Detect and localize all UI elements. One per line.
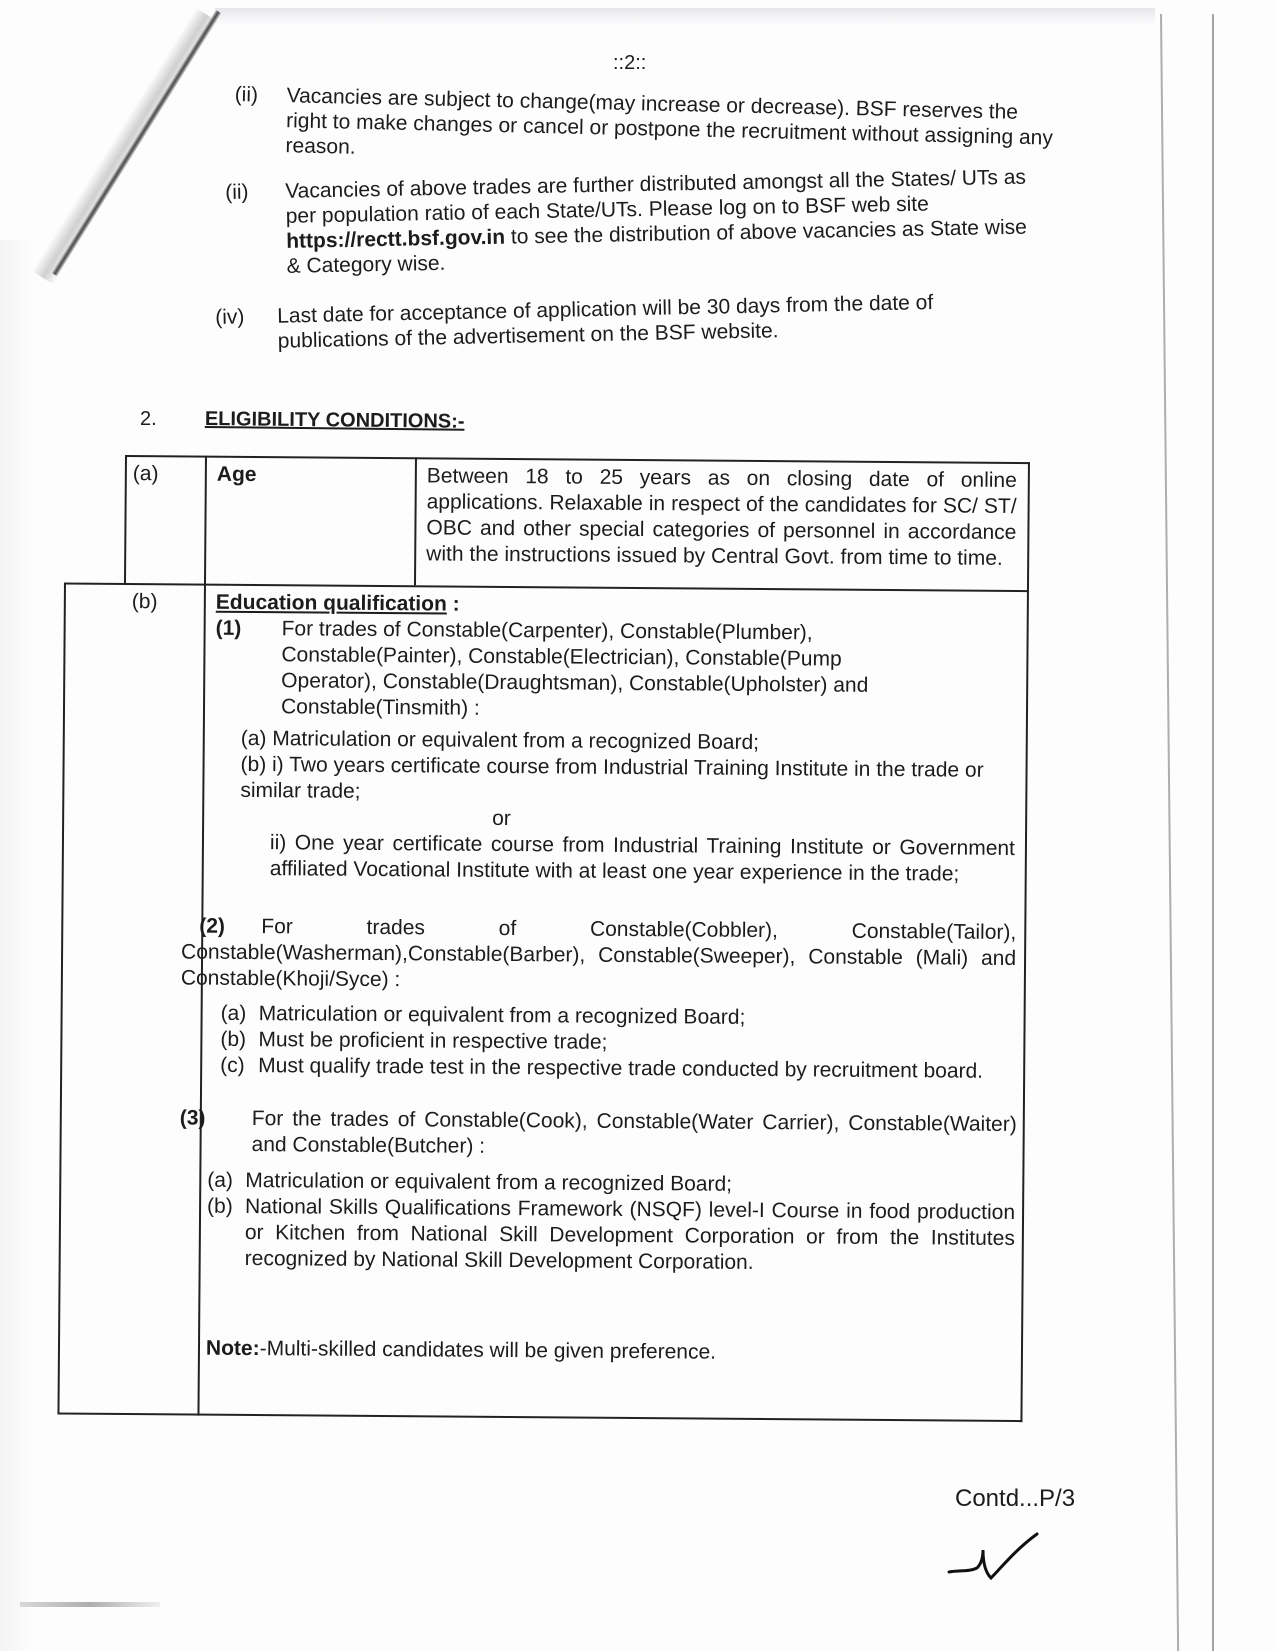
note-text: -Multi-skilled candidates will be given … xyxy=(260,1337,717,1364)
age-field-label: Age xyxy=(217,462,257,488)
note-label: Note: xyxy=(206,1337,260,1360)
condition-item: (a) Matriculation or equivalent from a r… xyxy=(221,1001,1021,1007)
condition-label: (c) xyxy=(220,1053,245,1079)
trade-group-1: (1) For trades of Constable(Carpenter), … xyxy=(216,616,1016,622)
table-row-divider xyxy=(64,583,1029,593)
folded-corner-edge xyxy=(52,10,221,276)
table-note: Note:-Multi-skilled candidates will be g… xyxy=(206,1336,1006,1368)
continuation-marker: Contd...P/3 xyxy=(955,1485,1075,1513)
or-separator: or xyxy=(492,806,511,832)
education-heading-colon: : xyxy=(447,593,460,616)
section-heading: 2. ELIGIBILITY CONDITIONS:- xyxy=(140,408,157,431)
condition-item: (a) Matriculation or equivalent from a r… xyxy=(207,1168,1017,1174)
item-number: (ii) xyxy=(234,82,258,108)
item-text: Last date for acceptance of application … xyxy=(277,288,1018,353)
note-item: (iv) Last date for acceptance of applica… xyxy=(215,288,1035,305)
scan-right-edge-line xyxy=(1212,14,1214,1651)
table-border-left xyxy=(124,455,127,583)
condition-item: (b) i) Two years certificate course from… xyxy=(240,752,1020,810)
condition-label: (b) xyxy=(220,1027,246,1053)
item-text: Vacancies of above trades are further di… xyxy=(285,164,1047,279)
scan-left-margin xyxy=(0,240,28,1651)
table-border-top xyxy=(125,455,1030,464)
age-requirement: Between 18 to 25 years as on closing dat… xyxy=(426,463,1017,572)
page-number: ::2:: xyxy=(613,50,646,76)
item-number: (ii) xyxy=(225,180,249,205)
table-border-bottom xyxy=(57,1412,1022,1422)
row-label: (b) xyxy=(132,589,158,615)
scan-right-edge-line xyxy=(1160,14,1179,1651)
scan-bottom-smudge xyxy=(20,1602,160,1607)
signature-mark xyxy=(945,1528,1045,1584)
condition-label: (a) xyxy=(207,1168,233,1194)
trade-group-3: (3) For the trades of Constable(Cook), C… xyxy=(180,1105,1020,1112)
note-item: (ii) Vacancies are subject to change(may… xyxy=(235,82,1065,101)
group-trades: For trades of Constable(Cobbler), Consta… xyxy=(181,913,1017,998)
condition-text: Must qualify trade test in the respectiv… xyxy=(258,1053,1018,1085)
group-number: (3) xyxy=(180,1105,206,1131)
bsf-website-link[interactable]: https://rectt.bsf.gov.in xyxy=(286,226,505,253)
group-trades: For the trades of Constable(Cook), Const… xyxy=(251,1106,1016,1164)
education-heading: Education qualification : xyxy=(216,590,460,618)
note-item: (ii) Vacancies of above trades are furth… xyxy=(225,164,1055,180)
group-trades: For trades of Constable(Carpenter), Cons… xyxy=(281,616,942,725)
condition-item-alt: ii) One year certificate course from Ind… xyxy=(270,830,1015,888)
group-number: (1) xyxy=(216,616,242,642)
scanned-page: ::2:: (ii) Vacancies are subject to chan… xyxy=(0,0,1275,1651)
scan-top-edge xyxy=(215,8,1155,26)
table-border-right xyxy=(1020,462,1030,1422)
eligibility-table: (a) Age Between 18 to 25 years as on clo… xyxy=(117,455,1030,1422)
item-number: (iv) xyxy=(215,304,245,330)
condition-text: National Skills Qualifications Framework… xyxy=(245,1194,1016,1278)
item-text: Vacancies are subject to change(may incr… xyxy=(285,83,1057,175)
row-label: (a) xyxy=(133,461,159,487)
table-column-divider xyxy=(414,457,417,585)
section-title: ELIGIBILITY CONDITIONS:- xyxy=(205,408,465,434)
table-border-left-lower xyxy=(57,583,66,1415)
trade-group-2: (2) For trades of Constable(Cobbler), Co… xyxy=(181,913,1021,920)
section-number: 2. xyxy=(140,408,157,430)
condition-label: (b) xyxy=(207,1194,233,1220)
education-heading-text: Education qualification xyxy=(216,591,447,616)
condition-label: (a) xyxy=(221,1001,247,1027)
